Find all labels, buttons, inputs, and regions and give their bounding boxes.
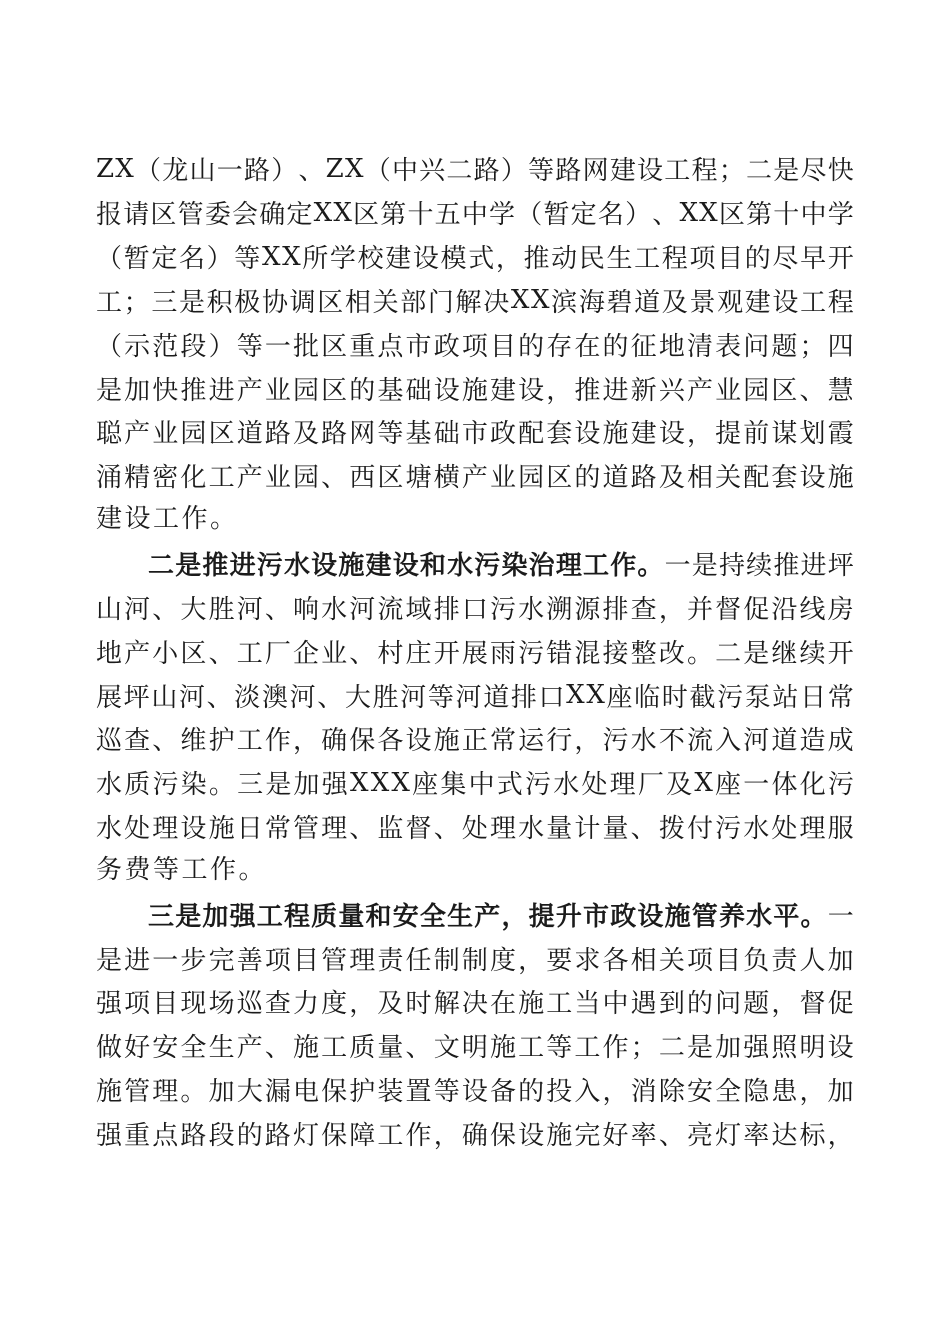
text-run: 建设工作。 <box>96 504 239 534</box>
text-line: 地产小区、工厂企业、村庄开展雨污错混接整改。二是继续开 <box>96 629 854 673</box>
text-line: 聪产业园区道路及路网等基础市政配套设施建设，提前谋划霞 <box>96 410 854 454</box>
text-line: ZX（龙山一路）、ZX（中兴二路）等路网建设工程；二是尽快 <box>96 147 854 191</box>
text-line: 水处理设施日常管理、监督、处理水量计量、拨付污水处理服 <box>96 805 854 849</box>
text-line: 强项目现场巡查力度，及时解决在施工当中遇到的问题，督促 <box>96 980 854 1024</box>
paragraph-sewage-facilities: 二是推进污水设施建设和水污染治理工作。一是持续推进坪山河、大胜河、响水河流域排口… <box>96 542 854 893</box>
text-line: 山河、大胜河、响水河流域排口污水溯源排查，并督促沿线房 <box>96 585 854 629</box>
text-line: 巡查、维护工作，确保各设施正常运行，污水不流入河道造成 <box>96 717 854 761</box>
text-line: （示范段）等一批区重点市政项目的存在的征地清表问题；四 <box>96 322 854 366</box>
text-line: 做好安全生产、施工质量、文明施工等工作；二是加强照明设 <box>96 1024 854 1068</box>
text-line: 工；三是积极协调区相关部门解决XX滨海碧道及景观建设工程 <box>96 279 854 323</box>
text-line: （暂定名）等XX所学校建设模式，推动民生工程项目的尽早开 <box>96 235 854 279</box>
document-body: ZX（龙山一路）、ZX（中兴二路）等路网建设工程；二是尽快报请区管委会确定XX区… <box>96 147 854 1155</box>
text-line: 三是加强工程质量和安全生产，提升市政设施管养水平。一 <box>96 892 854 936</box>
text-line: 二是推进污水设施建设和水污染治理工作。一是持续推进坪 <box>96 542 854 586</box>
text-run: 务费等工作。 <box>96 855 267 885</box>
text-line: 强重点路段的路灯保障工作，确保设施完好率、亮灯率达标， <box>96 1112 854 1156</box>
text-line: 是加快推进产业园区的基础设施建设，推进新兴产业园区、慧 <box>96 366 854 410</box>
text-line: 涌精密化工产业园、西区塘横产业园区的道路及相关配套设施 <box>96 454 854 498</box>
text-line: 施管理。加大漏电保护装置等设备的投入，消除安全隐患，加 <box>96 1068 854 1112</box>
paragraph-road-network-continuation: ZX（龙山一路）、ZX（中兴二路）等路网建设工程；二是尽快报请区管委会确定XX区… <box>96 147 854 542</box>
text-line: 展坪山河、淡澳河、大胜河等河道排口XX座临时截污泵站日常 <box>96 673 854 717</box>
text-line: 水质污染。三是加强XXX座集中式污水处理厂及X座一体化污 <box>96 761 854 805</box>
text-line: 报请区管委会确定XX区第十五中学（暂定名）、XX区第十中学 <box>96 191 854 235</box>
document-page: ZX（龙山一路）、ZX（中兴二路）等路网建设工程；二是尽快报请区管委会确定XX区… <box>0 0 950 1344</box>
text-line: 务费等工作。 <box>96 849 854 893</box>
text-line: 是进一步完善项目管理责任制制度，要求各相关项目负责人加 <box>96 936 854 980</box>
text-line: 建设工作。 <box>96 498 854 542</box>
paragraph-quality-and-safety: 三是加强工程质量和安全生产，提升市政设施管养水平。一是进一步完善项目管理责任制制… <box>96 892 854 1155</box>
